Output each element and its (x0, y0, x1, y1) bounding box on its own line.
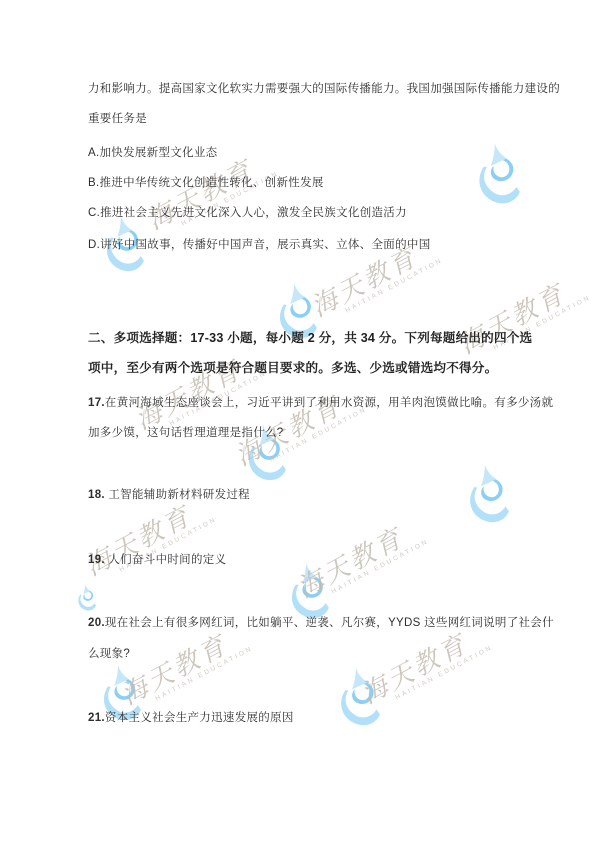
question-19-number: 19. (88, 554, 105, 566)
question-17-line-2: 加多少馍，这句话哲理道理是指什么? (88, 426, 284, 441)
question-17-number: 17. (88, 397, 105, 409)
question-20-number: 20. (88, 617, 105, 629)
question-17-text: 在黄河海域生态座谈会上，习近平讲到了利用水资源，用羊肉泡馍做比喻。有多少汤就 (105, 397, 553, 409)
option-b: B.推进中华传统文化创造性转化、创新性发展 (88, 176, 324, 191)
option-a: A.加快发展新型文化业态 (88, 146, 217, 161)
question-16-continuation-line-1: 力和影响力。提高国家文化软实力需要强大的国际传播能力。我国加强国际传播能力建设的 (88, 82, 560, 97)
question-21-number: 21. (88, 712, 105, 724)
question-20-line-1: 20.现在社会上有很多网红词，比如躺平、逆袭、凡尔赛，YYDS 这些网红词说明了… (88, 616, 554, 631)
question-18-text: 工智能辅助新材料研发过程 (105, 489, 250, 501)
question-20-text: 现在社会上有很多网红词，比如躺平、逆袭、凡尔赛，YYDS 这些网红词说明了社会什 (105, 617, 554, 629)
document-text: 力和影响力。提高国家文化软实力需要强大的国际传播能力。我国加强国际传播能力建设的… (0, 0, 600, 848)
question-19-line-1: 19. 人们奋斗中时间的定义 (88, 553, 226, 568)
question-21-line-1: 21.资本主义社会生产力迅速发展的原因 (88, 711, 294, 726)
option-d: D.讲好中国故事，传播好中国声音，展示真实、立体、全面的中国 (88, 238, 431, 253)
section-2-header-line-2: 项中，至少有两个选项是符合题目要求的。多选、少选或错选均不得分。 (88, 361, 497, 376)
section-2-header-line-1: 二、多项选择题：17-33 小题，每小题 2 分，共 34 分。下列每题给出的四… (88, 331, 532, 346)
option-c: C.推进社会主义先进文化深入人心，激发全民族文化创造活力 (88, 206, 407, 221)
question-16-continuation-line-2: 重要任务是 (88, 112, 147, 127)
question-18-number: 18. (88, 489, 105, 501)
question-21-text: 资本主义社会生产力迅速发展的原因 (105, 712, 294, 724)
exam-document-page: 海天教育 HAITIAN EDUCATION 海天教育 HAITIAN EDUC… (0, 0, 600, 848)
question-18-line-1: 18. 工智能辅助新材料研发过程 (88, 488, 250, 503)
question-19-text: 人们奋斗中时间的定义 (105, 554, 227, 566)
question-17-line-1: 17.在黄河海域生态座谈会上，习近平讲到了利用水资源，用羊肉泡馍做比喻。有多少汤… (88, 396, 553, 411)
question-20-line-2: 么现象? (88, 647, 130, 662)
